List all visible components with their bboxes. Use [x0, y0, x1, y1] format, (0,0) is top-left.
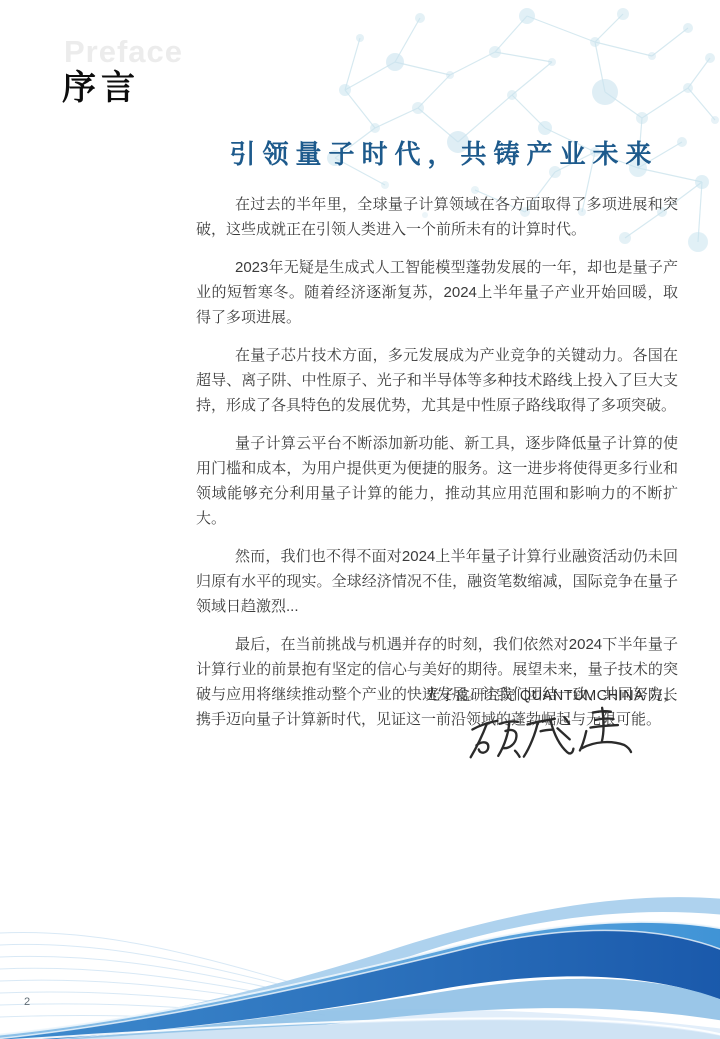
page-number: 2	[24, 996, 30, 1008]
preface-body: 在过去的半年里，全球量子计算领域在各方面取得了多项进展和突破，这些成就正在引领人…	[196, 192, 678, 745]
wave-footer-decoration	[0, 889, 720, 1039]
paragraph: 在过去的半年里，全球量子计算领域在各方面取得了多项进展和突破，这些成就正在引领人…	[196, 192, 678, 242]
document-page: Preface 序言 引领量子时代，共铸产业未来 在过去的半年里，全球量子计算领…	[0, 0, 720, 1039]
paragraph: 量子计算云平台不断添加新功能、新工具，逐步降低量子计算的使用门槛和成本，为用户提…	[196, 431, 678, 531]
page-title: 引领量子时代，共铸产业未来	[196, 134, 678, 171]
paragraph: 在量子芯片技术方面，多元发展成为产业竞争的关键动力。各国在超导、离子阱、中性原子…	[196, 343, 678, 418]
paragraph: 然而，我们也不得不面对2024上半年量子计算行业融资活动仍未回归原有水平的现实。…	[196, 544, 678, 619]
paragraph: 2023年无疑是生成式人工智能模型蓬勃发展的一年，却也是量子产业的短暂寒冬。随着…	[196, 255, 678, 330]
section-title-zh: 序言	[62, 60, 140, 109]
signature-handwriting	[460, 696, 633, 769]
